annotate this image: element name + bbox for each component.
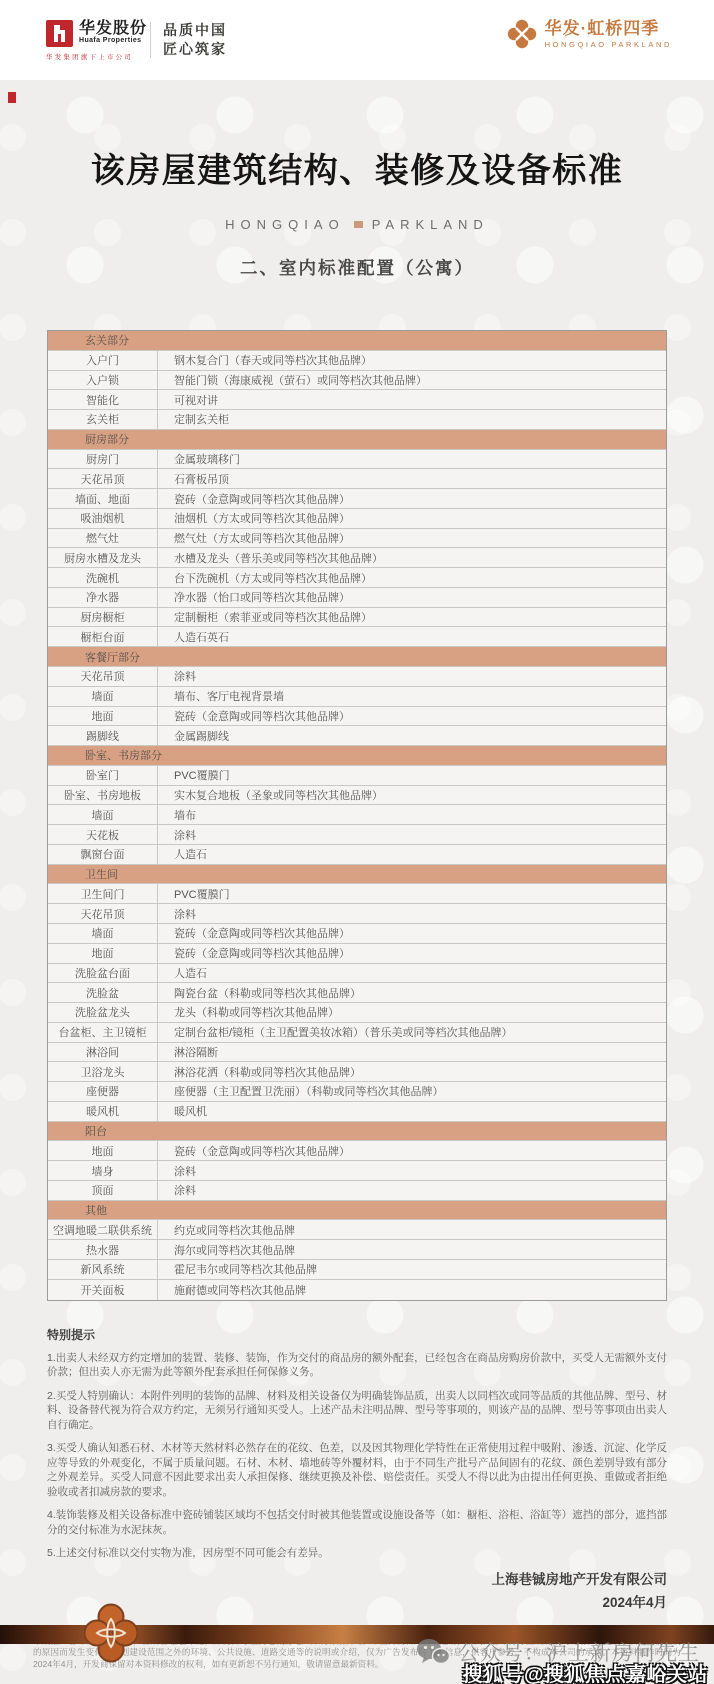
spec-row: 玄关柜定制玄关柜 <box>48 410 666 430</box>
spec-table: 玄关部分入户门钢木复合门（春天或同等档次其他品牌）入户锁智能门锁（海康威视（萤石… <box>47 330 667 1301</box>
note-paragraph: 1.出卖人未经双方约定增加的装置、装修、装饰，作为交付的商品房的额外配套，已经包… <box>47 1351 667 1380</box>
section-header-label: 卧室、书房部分 <box>48 746 666 765</box>
brand-square-icon <box>354 221 363 228</box>
red-corner-mark <box>8 92 16 103</box>
sohu-watermark: 搜狐号@搜狐焦点嘉峪关站 <box>462 1658 708 1684</box>
notes-list: 1.出卖人未经双方约定增加的装置、装修、装饰，作为交付的商品房的额外配套，已经包… <box>47 1351 667 1561</box>
spec-value-cell: 瓷砖（金意陶或同等档次其他品牌） <box>158 707 666 726</box>
spec-row: 卧室门PVC覆膜门 <box>48 766 666 786</box>
spec-value-cell: 淋浴花洒（科勒或同等档次其他品牌） <box>158 1062 666 1081</box>
section-header-label: 卫生间 <box>48 865 666 884</box>
spec-row: 墙面、地面瓷砖（金意陶或同等档次其他品牌） <box>48 489 666 509</box>
spec-item-cell: 墙面 <box>48 924 158 943</box>
spec-item-cell: 天花吊顶 <box>48 667 158 686</box>
spec-row: 台盆柜、主卫镜柜定制台盆柜/镜柜（主卫配置美妆冰箱）（普乐美或同等档次其他品牌） <box>48 1023 666 1043</box>
spec-value-cell: 金属玻璃移门 <box>158 450 666 469</box>
spec-value-cell: 瓷砖（金意陶或同等档次其他品牌） <box>158 924 666 943</box>
spec-value-cell: 定制台盆柜/镜柜（主卫配置美妆冰箱）（普乐美或同等档次其他品牌） <box>158 1023 666 1042</box>
spec-value-cell: 瓷砖（金意陶或同等档次其他品牌） <box>158 489 666 508</box>
spec-item-cell: 玄关柜 <box>48 410 158 429</box>
spec-value-cell: 海尔或同等档次其他品牌 <box>158 1240 666 1259</box>
huafa-name-cn: 华发股份 <box>79 20 147 37</box>
spec-item-cell: 吸油烟机 <box>48 509 158 528</box>
spec-item-cell: 开关面板 <box>48 1280 158 1300</box>
spec-item-cell: 卧室门 <box>48 766 158 785</box>
section-heading: 二、室内标准配置（公寓） <box>0 257 714 279</box>
spec-item-cell: 天花板 <box>48 825 158 844</box>
spec-value-cell: 墙布 <box>158 805 666 824</box>
spec-item-cell: 暖风机 <box>48 1102 158 1121</box>
spec-value-cell: 墙布、客厅电视背景墙 <box>158 687 666 706</box>
spec-item-cell: 卧室、书房地板 <box>48 786 158 805</box>
spec-row: 天花吊顶涂料 <box>48 904 666 924</box>
spec-row: 厨房门金属玻璃移门 <box>48 450 666 470</box>
spec-row: 踢脚线金属踢脚线 <box>48 726 666 746</box>
header-slogan: 品质中国 匠心筑家 <box>163 21 227 59</box>
notes-block: 特别提示 1.出卖人未经双方约定增加的装置、装修、装饰，作为交付的商品房的额外配… <box>47 1326 667 1561</box>
spec-item-cell: 橱柜台面 <box>48 627 158 646</box>
spec-item-cell: 空调地暖二联供系统 <box>48 1220 158 1239</box>
spec-item-cell: 新风系统 <box>48 1260 158 1279</box>
spec-value-cell: 定制玄关柜 <box>158 410 666 429</box>
spec-value-cell: 燃气灶（方太或同等档次其他品牌） <box>158 529 666 548</box>
spec-item-cell: 天花吊顶 <box>48 469 158 488</box>
spec-row: 顶面涂料 <box>48 1181 666 1201</box>
spec-value-cell: 涂料 <box>158 904 666 923</box>
section-header-label: 阳台 <box>48 1122 666 1141</box>
note-paragraph: 3.买受人确认知悉石材、木材等天然材料必然存在的花纹、色差，以及因其物理化学特性… <box>47 1441 667 1499</box>
spec-value-cell: 霍尼韦尔或同等档次其他品牌 <box>158 1260 666 1279</box>
spec-value-cell: PVC覆膜门 <box>158 884 666 903</box>
spec-row: 地面瓷砖（金意陶或同等档次其他品牌） <box>48 707 666 727</box>
spec-item-cell: 智能化 <box>48 390 158 409</box>
huafa-name-block: 华发股份 Huafa Properties <box>79 20 147 44</box>
section-header-label: 客餐厅部分 <box>48 647 666 666</box>
hongqiao-name-cn: 华发·虹桥四季 <box>545 19 672 38</box>
spec-row: 墙面瓷砖（金意陶或同等档次其他品牌） <box>48 924 666 944</box>
slogan-line-1: 品质中国 <box>163 21 227 40</box>
spec-row: 地面瓷砖（金意陶或同等档次其他品牌） <box>48 944 666 964</box>
spec-row: 卫生间门PVC覆膜门 <box>48 884 666 904</box>
spec-value-cell: 瓷砖（金意陶或同等档次其他品牌） <box>158 1141 666 1160</box>
spec-item-cell: 地面 <box>48 707 158 726</box>
spec-row: 地面瓷砖（金意陶或同等档次其他品牌） <box>48 1141 666 1161</box>
spec-item-cell: 墙面 <box>48 805 158 824</box>
huafa-tagline: 华发集团旗下上市公司 <box>46 52 133 61</box>
spec-row: 墙面墙布 <box>48 805 666 825</box>
spec-row: 净水器净水器（怡口或同等档次其他品牌） <box>48 588 666 608</box>
spec-value-cell: 座便器（主卫配置卫洗丽）（科勒或同等档次其他品牌） <box>158 1082 666 1101</box>
spec-item-cell: 墙面 <box>48 687 158 706</box>
spec-item-cell: 洗脸盆 <box>48 983 158 1002</box>
spec-item-cell: 天花吊顶 <box>48 904 158 923</box>
spec-value-cell: PVC覆膜门 <box>158 766 666 785</box>
spec-item-cell: 洗脸盆龙头 <box>48 1003 158 1022</box>
spec-item-cell: 墙面、地面 <box>48 489 158 508</box>
spec-value-cell: 涂料 <box>158 1161 666 1180</box>
spec-row: 开关面板施耐德或同等档次其他品牌 <box>48 1280 666 1300</box>
spec-item-cell: 卫浴龙头 <box>48 1062 158 1081</box>
hongqiao-flower-icon <box>506 18 538 50</box>
brand-wordmark: HONGQIAO PARKLAND <box>0 217 714 232</box>
spec-item-cell: 踢脚线 <box>48 726 158 745</box>
spec-item-cell: 地面 <box>48 944 158 963</box>
spec-item-cell: 热水器 <box>48 1240 158 1259</box>
spec-value-cell: 石膏板吊顶 <box>158 469 666 488</box>
spec-item-cell: 厨房水槽及龙头 <box>48 548 158 567</box>
spec-row: 厨房水槽及龙头水槽及龙头（普乐美或同等档次其他品牌） <box>48 548 666 568</box>
spec-item-cell: 台盆柜、主卫镜柜 <box>48 1023 158 1042</box>
spec-row: 卫浴龙头淋浴花洒（科勒或同等档次其他品牌） <box>48 1062 666 1082</box>
spec-value-cell: 油烟机（方太或同等档次其他品牌） <box>158 509 666 528</box>
spec-value-cell: 净水器（怡口或同等档次其他品牌） <box>158 588 666 607</box>
spec-row: 橱柜台面人造石英石 <box>48 627 666 647</box>
spec-row: 天花吊顶涂料 <box>48 667 666 687</box>
spec-row: 暖风机暖风机 <box>48 1102 666 1122</box>
spec-row: 智能化可视对讲 <box>48 390 666 410</box>
spec-value-cell: 可视对讲 <box>158 390 666 409</box>
hongqiao-name-en: HONGQIAO PARKLAND <box>545 40 672 49</box>
spec-item-cell: 淋浴间 <box>48 1043 158 1062</box>
note-paragraph: 5.上述交付标准以交付实物为准，因房型不同可能会有差异。 <box>47 1546 667 1561</box>
brand-word-right: PARKLAND <box>372 217 489 232</box>
spec-item-cell: 入户锁 <box>48 371 158 390</box>
spec-value-cell: 人造石 <box>158 964 666 983</box>
spec-value-cell: 涂料 <box>158 1181 666 1200</box>
spec-value-cell: 龙头（科勒或同等档次其他品牌） <box>158 1003 666 1022</box>
spec-value-cell: 人造石英石 <box>158 627 666 646</box>
note-paragraph: 4.装饰装修及相关设备标准中瓷砖铺装区域均不包括交付时被其他装置或设施设备等（如… <box>47 1508 667 1537</box>
huafa-name-en: Huafa Properties <box>79 37 147 44</box>
spec-value-cell: 施耐德或同等档次其他品牌 <box>158 1280 666 1300</box>
huafa-logo-block: 华发股份 Huafa Properties <box>46 20 147 47</box>
wechat-icon <box>416 1638 450 1666</box>
section-header-row: 卫生间 <box>48 865 666 885</box>
spec-value-cell: 智能门锁（海康威视（萤石）或同等档次其他品牌） <box>158 371 666 390</box>
developer-company: 上海巷铖房地产开发有限公司 <box>0 1570 667 1590</box>
spec-item-cell: 洗脸盆台面 <box>48 964 158 983</box>
flower-emblem-icon <box>84 1601 138 1665</box>
header-divider <box>150 22 151 58</box>
notes-title: 特别提示 <box>47 1326 667 1343</box>
spec-item-cell: 厨房门 <box>48 450 158 469</box>
spec-item-cell: 燃气灶 <box>48 529 158 548</box>
hongqiao-logo-block: 华发·虹桥四季 HONGQIAO PARKLAND <box>506 18 672 50</box>
brand-word-left: HONGQIAO <box>225 217 345 232</box>
section-header-label: 厨房部分 <box>48 430 666 449</box>
spec-value-cell: 暖风机 <box>158 1102 666 1121</box>
spec-row: 墙身涂料 <box>48 1161 666 1181</box>
spec-row: 空调地暖二联供系统约克或同等档次其他品牌 <box>48 1220 666 1240</box>
section-header-row: 厨房部分 <box>48 430 666 450</box>
spec-value-cell: 人造石 <box>158 845 666 864</box>
spec-value-cell: 水槽及龙头（普乐美或同等档次其他品牌） <box>158 548 666 567</box>
spec-item-cell: 卫生间门 <box>48 884 158 903</box>
spec-item-cell: 墙身 <box>48 1161 158 1180</box>
page: 华发股份 Huafa Properties 华发集团旗下上市公司 品质中国 匠心… <box>0 0 714 1684</box>
spec-row: 天花吊顶石膏板吊顶 <box>48 469 666 489</box>
spec-value-cell: 涂料 <box>158 667 666 686</box>
spec-row: 洗脸盆台面人造石 <box>48 964 666 984</box>
section-header-row: 其他 <box>48 1201 666 1221</box>
spec-value-cell: 金属踢脚线 <box>158 726 666 745</box>
spec-item-cell: 洗碗机 <box>48 568 158 587</box>
spec-item-cell: 飘窗台面 <box>48 845 158 864</box>
spec-item-cell: 厨房橱柜 <box>48 608 158 627</box>
spec-row: 洗碗机台下洗碗机（方太或同等档次其他品牌） <box>48 568 666 588</box>
spec-item-cell: 座便器 <box>48 1082 158 1101</box>
section-header-row: 卧室、书房部分 <box>48 746 666 766</box>
spec-value-cell: 淋浴隔断 <box>158 1043 666 1062</box>
spec-row: 墙面墙布、客厅电视背景墙 <box>48 687 666 707</box>
section-header-row: 玄关部分 <box>48 331 666 351</box>
spec-row: 卧室、书房地板实木复合地板（圣象或同等档次其他品牌） <box>48 786 666 806</box>
slogan-line-2: 匠心筑家 <box>163 40 227 59</box>
spec-row: 洗脸盆陶瓷台盆（科勒或同等档次其他品牌） <box>48 983 666 1003</box>
spec-row: 天花板涂料 <box>48 825 666 845</box>
header-bar: 华发股份 Huafa Properties 华发集团旗下上市公司 品质中国 匠心… <box>0 0 714 80</box>
spec-value-cell: 钢木复合门（春天或同等档次其他品牌） <box>158 351 666 370</box>
spec-item-cell: 地面 <box>48 1141 158 1160</box>
huafa-logo-icon <box>46 20 73 47</box>
spec-row: 入户锁智能门锁（海康威视（萤石）或同等档次其他品牌） <box>48 371 666 391</box>
spec-row: 入户门钢木复合门（春天或同等档次其他品牌） <box>48 351 666 371</box>
spec-value-cell: 定制橱柜（索菲亚或同等档次其他品牌） <box>158 608 666 627</box>
spec-row: 座便器座便器（主卫配置卫洗丽）（科勒或同等档次其他品牌） <box>48 1082 666 1102</box>
spec-row: 热水器海尔或同等档次其他品牌 <box>48 1240 666 1260</box>
spec-row: 厨房橱柜定制橱柜（索菲亚或同等档次其他品牌） <box>48 608 666 628</box>
spec-row: 飘窗台面人造石 <box>48 845 666 865</box>
spec-row: 洗脸盆龙头龙头（科勒或同等档次其他品牌） <box>48 1003 666 1023</box>
spec-value-cell: 台下洗碗机（方太或同等档次其他品牌） <box>158 568 666 587</box>
spec-value-cell: 实木复合地板（圣象或同等档次其他品牌） <box>158 786 666 805</box>
spec-value-cell: 陶瓷台盆（科勒或同等档次其他品牌） <box>158 983 666 1002</box>
spec-value-cell: 涂料 <box>158 825 666 844</box>
spec-item-cell: 顶面 <box>48 1181 158 1200</box>
spec-row: 新风系统霍尼韦尔或同等档次其他品牌 <box>48 1260 666 1280</box>
section-header-row: 客餐厅部分 <box>48 647 666 667</box>
page-title: 该房屋建筑结构、装修及设备标准 <box>0 152 714 190</box>
note-paragraph: 2.买受人特别确认：本附件列明的装饰的品牌、材料及相关设备仅为明确装饰品质，出卖… <box>47 1389 667 1433</box>
section-header-row: 阳台 <box>48 1122 666 1142</box>
spec-row: 淋浴间淋浴隔断 <box>48 1043 666 1063</box>
section-header-label: 其他 <box>48 1201 666 1220</box>
spec-item-cell: 净水器 <box>48 588 158 607</box>
spec-value-cell: 约克或同等档次其他品牌 <box>158 1220 666 1239</box>
spec-row: 燃气灶燃气灶（方太或同等档次其他品牌） <box>48 529 666 549</box>
hongqiao-name-block: 华发·虹桥四季 HONGQIAO PARKLAND <box>545 19 672 49</box>
spec-item-cell: 入户门 <box>48 351 158 370</box>
section-header-label: 玄关部分 <box>48 331 666 350</box>
spec-value-cell: 瓷砖（金意陶或同等档次其他品牌） <box>158 944 666 963</box>
spec-row: 吸油烟机油烟机（方太或同等档次其他品牌） <box>48 509 666 529</box>
